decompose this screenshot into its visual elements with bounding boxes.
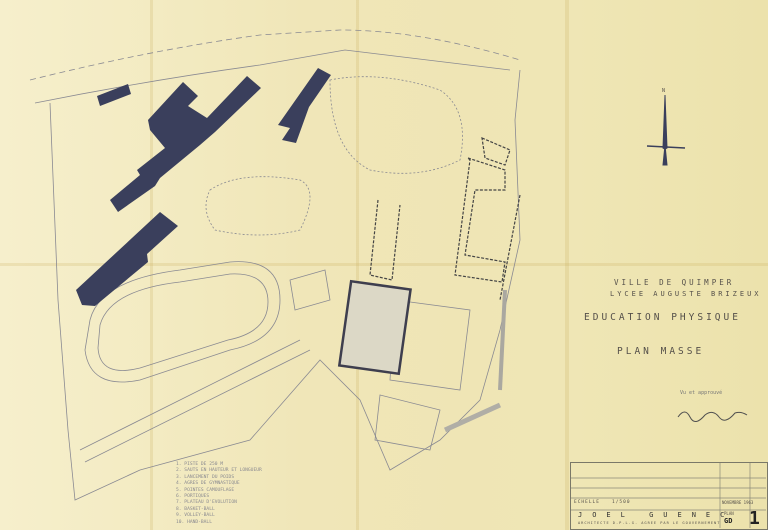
architect-subtitle: ARCHITECTE D.P.L.G. AGREE PAR LE GOUVERN… bbox=[578, 521, 720, 525]
architect-name: JOEL GUENEC bbox=[578, 511, 734, 519]
compass-rose bbox=[647, 95, 685, 165]
sheet-number: 1 bbox=[749, 508, 760, 529]
site-plan-sheet: VILLE DE QUIMPER LYCEE AUGUSTE BRIZEUX E… bbox=[0, 0, 768, 530]
signature-icon bbox=[675, 405, 750, 425]
title-subject: EDUCATION PHYSIQUE bbox=[584, 312, 741, 323]
title-block bbox=[570, 462, 768, 530]
scale-label: ECHELLE bbox=[574, 500, 600, 505]
site-plan-drawing bbox=[0, 0, 768, 530]
compass-north-label: N bbox=[662, 88, 665, 94]
title-plan-type: PLAN MASSE bbox=[617, 346, 704, 357]
scale-value: 1/500 bbox=[612, 500, 631, 505]
title-city: VILLE DE QUIMPER bbox=[614, 278, 734, 287]
title-school: LYCEE AUGUSTE BRIZEUX bbox=[610, 290, 762, 298]
legend-item: 2. SAUTS EN HAUTEUR ET LONGUEUR bbox=[176, 468, 262, 474]
legend-item: 10. HAND-BALL bbox=[176, 520, 262, 526]
sheet-label: PLAN bbox=[724, 511, 734, 516]
sheet-code: GD bbox=[724, 517, 732, 525]
date-label: NOVEMBRE 1963 bbox=[722, 500, 753, 505]
legend: 1. PISTE DE 250 M 2. SAUTS EN HAUTEUR ET… bbox=[176, 462, 262, 526]
existing-buildings bbox=[76, 68, 331, 306]
approval-stamp: Vu et approuvé bbox=[680, 390, 722, 396]
